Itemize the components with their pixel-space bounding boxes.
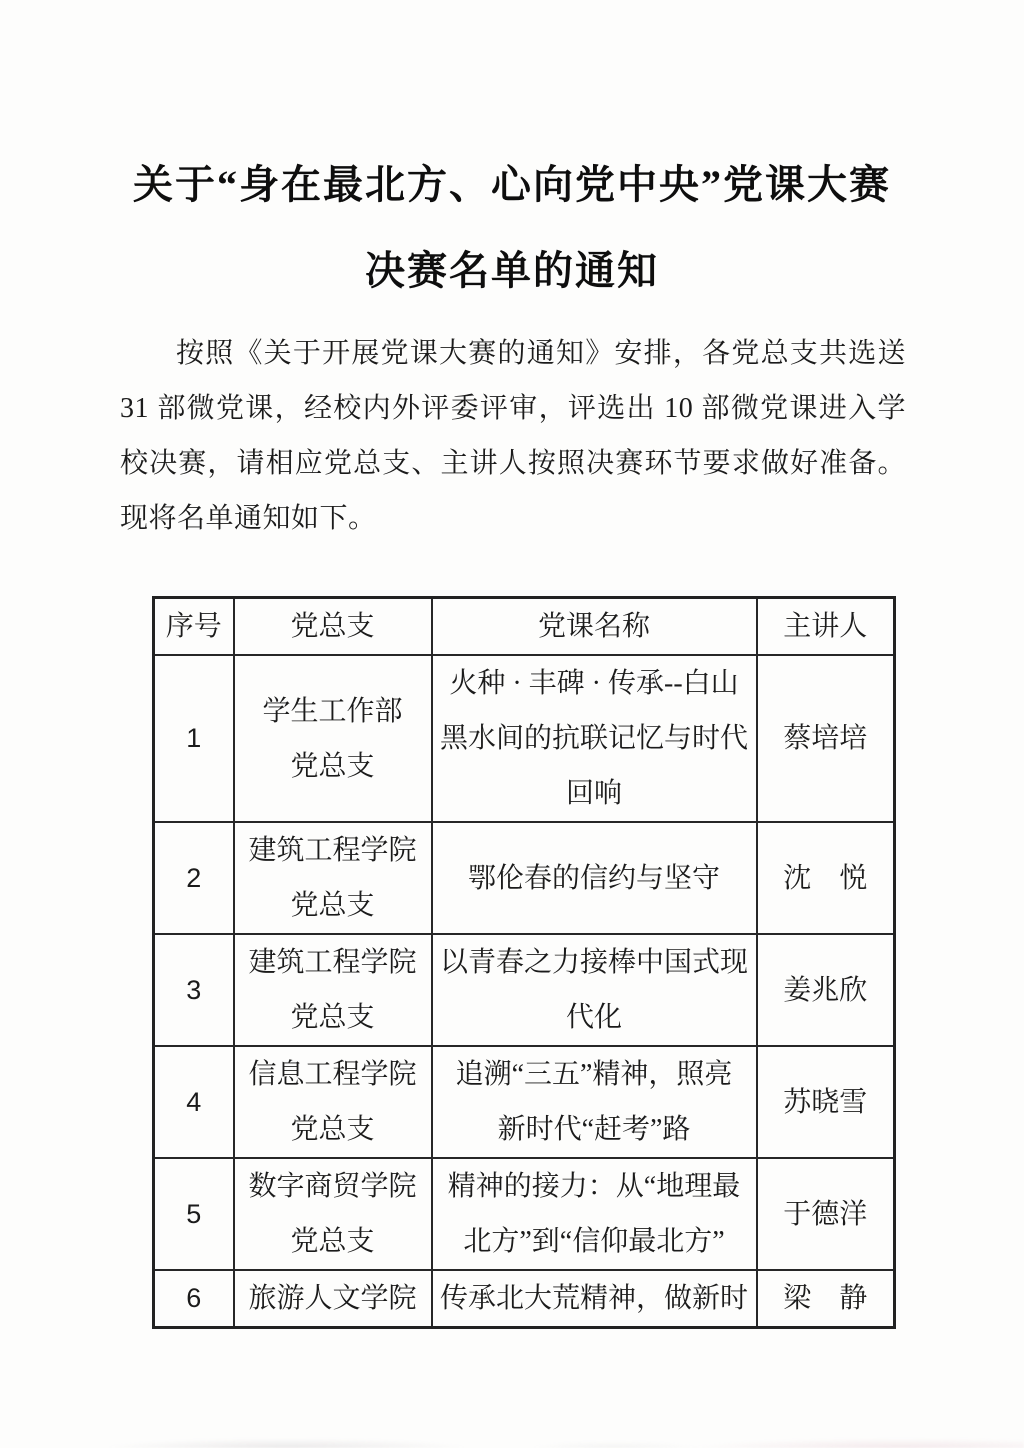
header-cell-speaker: 主讲人 bbox=[757, 598, 895, 656]
cell-branch: 建筑工程学院 党总支 bbox=[234, 934, 432, 1046]
cell-course: 追溯“三五”精神，照亮 新时代“赶考”路 bbox=[432, 1046, 757, 1158]
table-row: 2 建筑工程学院 党总支 鄂伦春的信约与坚守 沈 悦 bbox=[154, 822, 895, 934]
finalists-table: 序号 党总支 党课名称 主讲人 1 学生工作部 党总支 火种 · 丰碑 · 传承… bbox=[152, 596, 896, 1329]
cell-course: 传承北大荒精神，做新时 bbox=[432, 1270, 757, 1328]
cell-speaker: 苏晓雪 bbox=[757, 1046, 895, 1158]
table-row: 4 信息工程学院 党总支 追溯“三五”精神，照亮 新时代“赶考”路 苏晓雪 bbox=[154, 1046, 895, 1158]
cell-index: 1 bbox=[154, 655, 234, 822]
notice-title-line1: 关于“身在最北方、心向党中央”党课大赛 bbox=[0, 162, 1024, 208]
table-row: 6 旅游人文学院 传承北大荒精神，做新时 梁 静 bbox=[154, 1270, 895, 1328]
notice-page: 关于“身在最北方、心向党中央”党课大赛 决赛名单的通知 按照《关于开展党课大赛的… bbox=[0, 0, 1024, 1448]
cell-speaker: 于德洋 bbox=[757, 1158, 895, 1270]
cell-index: 5 bbox=[154, 1158, 234, 1270]
cell-branch: 数字商贸学院 党总支 bbox=[234, 1158, 432, 1270]
cell-branch: 学生工作部 党总支 bbox=[234, 655, 432, 822]
notice-paragraph: 按照《关于开展党课大赛的通知》安排，各党总支共选送 31 部微党课，经校内外评委… bbox=[120, 326, 906, 546]
notice-title: 关于“身在最北方、心向党中央”党课大赛 决赛名单的通知 bbox=[0, 162, 1024, 294]
cell-speaker: 姜兆欣 bbox=[757, 934, 895, 1046]
header-cell-branch: 党总支 bbox=[234, 598, 432, 656]
cell-speaker: 沈 悦 bbox=[757, 822, 895, 934]
table-row: 1 学生工作部 党总支 火种 · 丰碑 · 传承--白山 黑水间的抗联记忆与时代… bbox=[154, 655, 895, 822]
cell-course: 精神的接力：从“地理最 北方”到“信仰最北方” bbox=[432, 1158, 757, 1270]
cell-branch: 建筑工程学院 党总支 bbox=[234, 822, 432, 934]
cell-speaker: 蔡培培 bbox=[757, 655, 895, 822]
cell-course: 鄂伦春的信约与坚守 bbox=[432, 822, 757, 934]
cell-index: 6 bbox=[154, 1270, 234, 1328]
cell-index: 2 bbox=[154, 822, 234, 934]
cell-speaker: 梁 静 bbox=[757, 1270, 895, 1328]
cell-index: 4 bbox=[154, 1046, 234, 1158]
cell-course: 火种 · 丰碑 · 传承--白山 黑水间的抗联记忆与时代 回响 bbox=[432, 655, 757, 822]
cell-branch: 旅游人文学院 bbox=[234, 1270, 432, 1328]
table-row: 3 建筑工程学院 党总支 以青春之力接棒中国式现 代化 姜兆欣 bbox=[154, 934, 895, 1046]
scan-noise-artifact bbox=[0, 1432, 1024, 1448]
table-row: 5 数字商贸学院 党总支 精神的接力：从“地理最 北方”到“信仰最北方” 于德洋 bbox=[154, 1158, 895, 1270]
table-header-row: 序号 党总支 党课名称 主讲人 bbox=[154, 598, 895, 656]
header-cell-index: 序号 bbox=[154, 598, 234, 656]
header-cell-course: 党课名称 bbox=[432, 598, 757, 656]
cell-index: 3 bbox=[154, 934, 234, 1046]
notice-title-line2: 决赛名单的通知 bbox=[0, 248, 1024, 294]
cell-branch: 信息工程学院 党总支 bbox=[234, 1046, 432, 1158]
cell-course: 以青春之力接棒中国式现 代化 bbox=[432, 934, 757, 1046]
